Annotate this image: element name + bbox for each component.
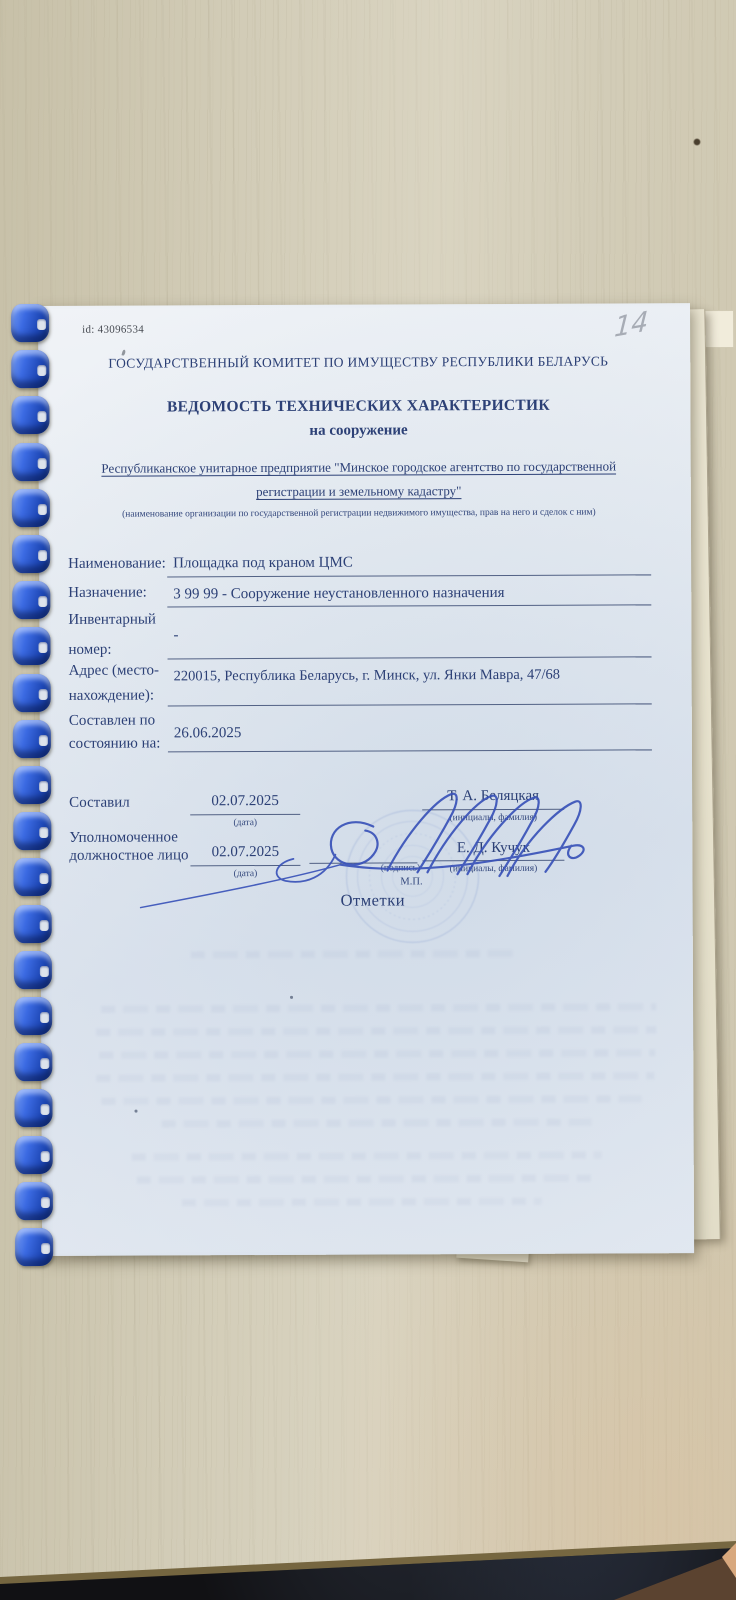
bleed-through-text [38, 303, 690, 306]
field-label-inventory-line2: номер: [68, 642, 111, 659]
document-title: ВЕДОМОСТЬ ТЕХНИЧЕСКИХ ХАРАКТЕРИСТИК [48, 396, 668, 417]
comb-ring [13, 674, 51, 712]
signature2-stamp-caption: М.П. [371, 876, 451, 887]
field-label-name: Наименование: [68, 555, 166, 572]
organization-caption: (наименование организации по государстве… [49, 507, 669, 520]
signature2-role-line1: Уполномоченное [69, 829, 178, 846]
speck [135, 1110, 138, 1113]
comb-ring [12, 443, 50, 481]
field-underline [167, 604, 651, 607]
footer-label-marks: Отметки [341, 890, 406, 910]
field-value-address: 220015, Республика Беларусь, г. Минск, у… [174, 667, 560, 686]
document-page: id: 43096534 14 ГОСУДАРСТВЕННЫЙ КОМИТЕТ … [38, 303, 694, 1256]
signature1-name-line [422, 809, 564, 811]
paper-stack: id: 43096534 14 ГОСУДАРСТВЕННЫЙ КОМИТЕТ … [38, 303, 694, 1256]
comb-ring [14, 905, 52, 943]
comb-ring [13, 812, 51, 850]
speck [290, 996, 293, 999]
comb-ring [12, 581, 50, 619]
field-underline [168, 703, 652, 706]
comb-ring [14, 997, 52, 1035]
signature1-name: Т. А. Беляцкая [424, 788, 562, 806]
signature1-date-caption: (дата) [192, 818, 298, 828]
signature2-date: 02.07.2025 [192, 844, 298, 861]
comb-ring [13, 720, 51, 758]
comb-ring [11, 350, 49, 388]
comb-ring [14, 951, 52, 989]
field-value-asof: 26.06.2025 [174, 725, 242, 742]
signature2-name-line [422, 860, 564, 862]
organization-name-line2: регистрации и земельному кадастру" [49, 482, 669, 501]
signature1-date: 02.07.2025 [192, 793, 298, 810]
comb-ring [14, 1043, 52, 1081]
organization-name-line1: Республиканское унитарное предприятие "М… [49, 458, 669, 477]
field-label-asof-line2: состоянию на: [69, 735, 161, 752]
field-label-purpose: Назначение: [68, 585, 147, 602]
comb-ring [14, 1089, 52, 1127]
comb-ring [12, 627, 50, 665]
signature2-name-caption: (инициалы, фамилия) [424, 864, 562, 875]
field-label-address-line2: нахождение): [69, 687, 154, 704]
comb-ring [13, 766, 51, 804]
binding-combs [38, 304, 42, 1254]
signature2-date-line [190, 865, 300, 866]
comb-ring [12, 489, 50, 527]
field-label-inventory-line1: Инвентарный [68, 611, 156, 628]
comb-ring [15, 1228, 53, 1266]
signature1-name-caption: (инициалы, фамилия) [424, 813, 562, 824]
comb-ring [15, 1136, 53, 1174]
field-value-inventory: - [173, 627, 178, 644]
field-underline [167, 574, 651, 577]
document-subtitle: на сооружение [49, 421, 669, 441]
comb-ring [11, 396, 49, 434]
field-value-purpose: 3 99 99 - Сооружение неустановленного на… [173, 585, 504, 603]
comb-ring [15, 1182, 53, 1220]
signature1-date-line [190, 814, 300, 815]
doc-id-text: id: 43096534 [82, 324, 144, 336]
signature1-role: Составил [69, 795, 130, 812]
signature2-role-line2: должностное лицо [69, 847, 188, 865]
field-value-name: Площадка под краном ЦМС [173, 555, 353, 573]
field-underline [168, 656, 652, 659]
signature2-name: Е. Д. Кучук [424, 840, 562, 858]
comb-ring [12, 535, 50, 573]
page-number-pencil: 14 [613, 306, 649, 344]
signature2-date-caption: (дата) [192, 869, 298, 879]
scene-photo-of-document: id: 43096534 14 ГОСУДАРСТВЕННЫЙ КОМИТЕТ … [0, 0, 736, 1600]
comb-ring [11, 304, 49, 342]
document-header: ГОСУДАРСТВЕННЫЙ КОМИТЕТ ПО ИМУЩЕСТВУ РЕС… [48, 353, 668, 372]
comb-ring [13, 858, 51, 896]
field-label-asof-line1: Составлен по [69, 712, 155, 729]
field-label-address-line1: Адрес (место- [69, 662, 160, 679]
field-underline [168, 749, 652, 752]
